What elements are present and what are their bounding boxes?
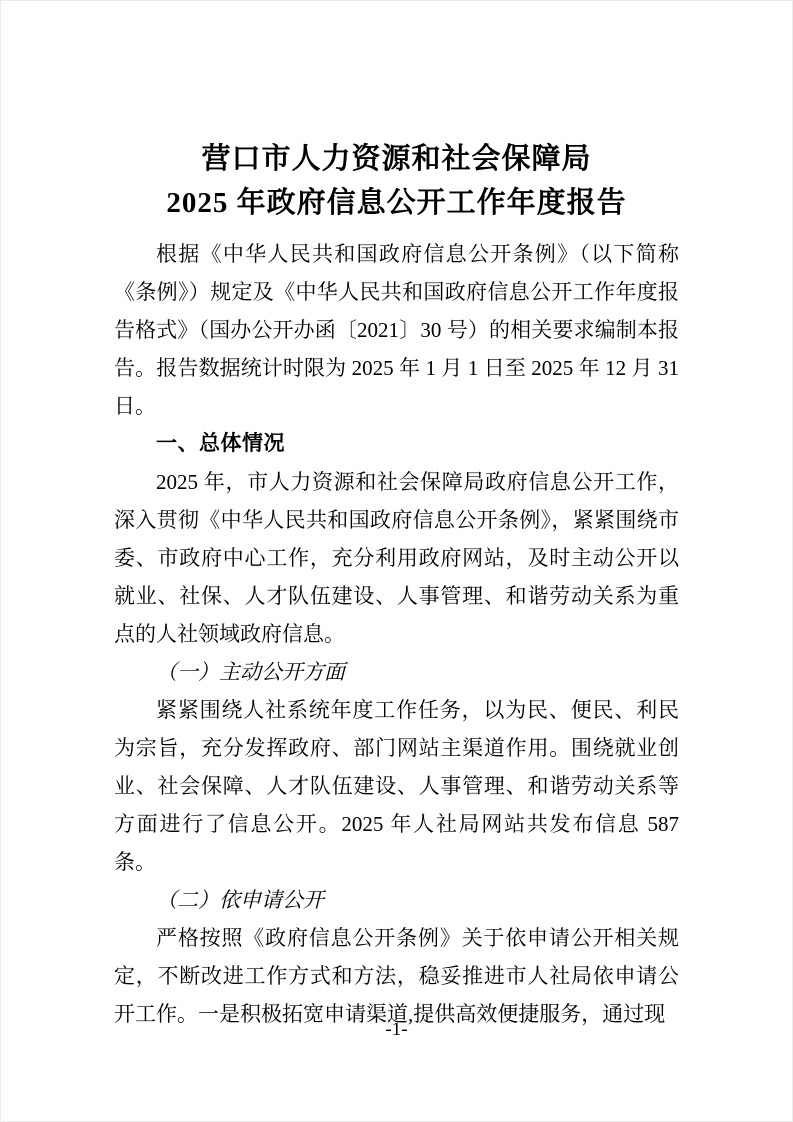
document-page: 营口市人力资源和社会保障局 2025 年政府信息公开工作年度报告 根据《中华人民… xyxy=(0,0,793,1122)
paragraph: 紧紧围绕人社系统年度工作任务，以为民、便民、利民为宗旨，充分发挥政府、部门网站主… xyxy=(114,691,679,881)
title-line-1: 营口市人力资源和社会保障局 xyxy=(114,137,679,181)
section-heading: 一、总体情况 xyxy=(114,425,679,463)
paragraph: 严格按照《政府信息公开条例》关于依申请公开相关规定，不断改进工作方式和方法，稳妥… xyxy=(114,919,679,1033)
page-number: -1- xyxy=(1,1019,792,1041)
subsection-heading: （一）主动公开方面 xyxy=(114,653,679,691)
subsection-heading: （二）依申请公开 xyxy=(114,881,679,919)
document-title: 营口市人力资源和社会保障局 2025 年政府信息公开工作年度报告 xyxy=(114,137,679,225)
paragraph: 2025 年，市人力资源和社会保障局政府信息公开工作，深入贯彻《中华人民共和国政… xyxy=(114,463,679,653)
paragraph: 根据《中华人民共和国政府信息公开条例》（以下简称《条例》）规定及《中华人民共和国… xyxy=(114,235,679,425)
document-body: 根据《中华人民共和国政府信息公开条例》（以下简称《条例》）规定及《中华人民共和国… xyxy=(114,235,679,1033)
title-line-2: 2025 年政府信息公开工作年度报告 xyxy=(114,181,679,225)
